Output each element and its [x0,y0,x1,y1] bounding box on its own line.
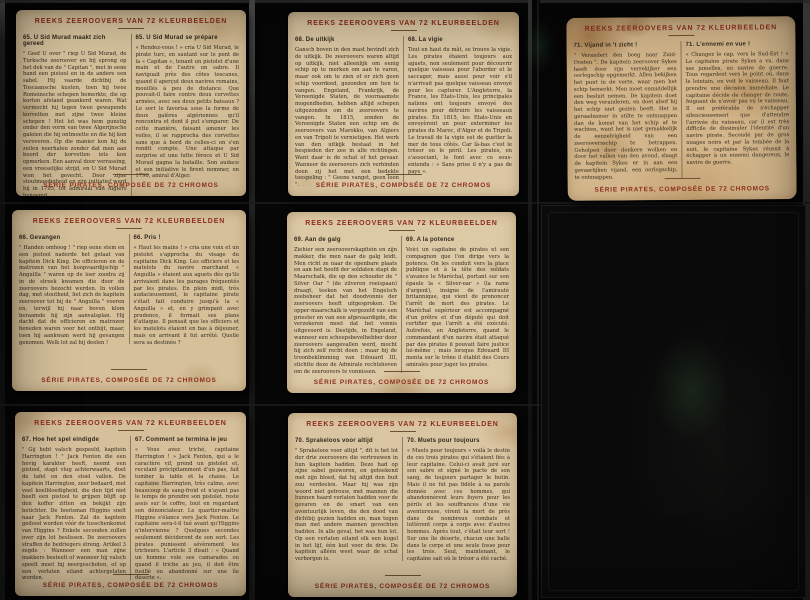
series-footer-fr: SÉRIE PIRATES, COMPOSÉE DE 72 CHROMOS [16,182,246,189]
empty-slab-frame [548,212,799,591]
series-header-nl: REEKS ZEEROOVERS VAN 72 KLEURBEELDEN [12,218,246,225]
series-header-nl: REEKS ZEEROOVERS VAN 72 KLEURBEELDEN [15,420,246,427]
series-header-nl: REEKS ZEEROOVERS VAN 72 KLEURBEELDEN [287,220,516,227]
header-rule [390,431,416,432]
column-divider [130,436,131,580]
header-rule [116,228,142,229]
series-footer-fr: SÉRIE PIRATES, COMPOSÉE DE 72 CHROMOS [12,377,246,384]
card-title-fr: 69. A la potence [406,237,509,243]
slab-edge-col2b [537,0,539,600]
card-body-nl: " Geef U over " riep U Sid Murad, de Tur… [23,51,127,196]
card-body-fr: Tout en haut du mât, se trouve la vigie.… [408,47,512,175]
card-65: REEKS ZEEROOVERS VAN 72 KLEURBEELDEN 65.… [16,10,246,196]
series-footer-fr: SÉRIE PIRATES, COMPOSÉE DE 72 CHROMOS [288,583,517,590]
series-footer-fr: SÉRIE PIRATES, COMPOSÉE DE 72 CHROMOS [287,379,516,386]
card-body-fr: « Rendez-vous ! » cria U Sid Murad, le p… [136,45,240,180]
card-body-nl: Gansch boven in den mast bevindt zich de… [295,47,399,189]
footer-rule [113,174,149,175]
series-header-nl: REEKS ZEEROOVERS VAN 72 KLEURBEELDEN [288,20,519,27]
column-divider [129,234,130,344]
card-album-photo: REEKS ZEEROOVERS VAN 72 KLEURBEELDEN 65.… [0,0,810,600]
footer-rule [385,575,421,576]
card-title-nl: 65. U Sid Murad maakt zich gereed [23,35,127,47]
card-body-nl: " Handen omhoog ! " riep eene stem en ee… [19,245,125,346]
card-title-nl: 70. Sprakeloos voor altijd [295,438,398,444]
series-header-nl: REEKS ZEEROOVERS VAN 72 KLEURBEELDEN [16,18,246,25]
series-header-nl: REEKS ZEEROOVERS VAN 72 KLEURBEELDEN [566,24,795,33]
card-69: REEKS ZEEROOVERS VAN 72 KLEURBEELDEN 69.… [287,212,516,393]
empty-slab [541,205,806,598]
card-body-fr: « Vous avez triché, capitaine Harrington… [135,447,239,582]
card-70: REEKS ZEEROOVERS VAN 72 KLEURBEELDEN 70.… [288,413,517,597]
series-footer-fr: SÉRIE PIRATES, COMPOSÉE DE 72 CHROMOS [288,182,519,189]
card-body-nl: Ziehier een zeerooverskapitein en zijn m… [294,247,397,375]
card-body-fr: « Haut les mains ! » cria une voix et un… [134,245,240,346]
reflection-smudge [524,18,554,74]
column-divider [401,236,402,373]
series-footer-fr: SÉRIE PIRATES, COMPOSÉE DE 72 CHROMOS [568,185,797,194]
slab-top-edge [255,0,530,3]
series-header-nl: REEKS ZEEROOVERS VAN 72 KLEURBEELDEN [288,421,517,428]
slab-top-edge [540,0,810,3]
header-rule [389,230,415,231]
card-body-nl: " Sprakeloos voor altijd ", dit is het l… [295,448,398,563]
card-title-fr: 65. U Sid Murad se prépare [136,35,240,41]
slab-edge-row1 [0,202,810,204]
card-title-nl: 68. De uitkijk [295,37,399,43]
card-71: REEKS ZEEROOVERS VAN 72 KLEURBEELDEN 71.… [566,16,796,201]
card-title-fr: 67. Comment se termina le jeu [135,437,239,443]
card-body-nl: " Gij hebt valsch gespeeld, kapitein Har… [22,447,126,582]
card-title-nl: 66. Gevangen [19,235,125,241]
card-title-fr: 68. La vigie [408,37,512,43]
footer-rule [384,371,420,372]
card-title-fr: 70. Muets pour toujours [407,438,510,444]
column-divider [402,437,403,561]
card-title-fr: 71. L'ennemi en vue ! [685,41,788,48]
header-rule [668,35,694,36]
footer-rule [111,369,147,370]
slab-edge-col2 [528,0,532,600]
footer-rule [386,174,422,175]
header-rule [391,30,417,31]
series-footer-fr: SÉRIE PIRATES, COMPOSÉE DE 72 CHROMOS [15,582,246,589]
card-67: REEKS ZEEROOVERS VAN 72 KLEURBEELDEN 67.… [15,412,246,596]
header-rule [118,430,144,431]
column-divider [131,34,132,196]
card-68: REEKS ZEEROOVERS VAN 72 KLEURBEELDEN 68.… [288,12,519,196]
card-title-fr: 66. Pris ! [134,235,240,241]
slab-top-edge [0,0,250,3]
card-title-nl: 67. Hoe het spel eindigde [22,437,126,443]
card-body-nl: " Verandert den boeg naar Zuid-Oosten ".… [574,52,678,181]
card-body-fr: « Changez le cap, vers le Sud-Est ! » Le… [686,51,790,167]
header-rule [118,28,144,29]
card-title-nl: 69. Aan de galg [294,237,397,243]
slab-edge-left [0,0,5,600]
slab-edge-col1 [249,0,255,600]
card-66: REEKS ZEEROOVERS VAN 72 KLEURBEELDEN 66.… [12,210,246,391]
column-divider [403,36,404,187]
card-body-fr: « Muets pour toujours » voilà le destin … [407,448,510,563]
column-divider [680,41,682,178]
card-body-fr: Voici un capitaine de pirates et son com… [406,247,509,369]
footer-rule [113,574,149,575]
card-title-nl: 71. Vijand in 't zicht ! [573,42,676,49]
